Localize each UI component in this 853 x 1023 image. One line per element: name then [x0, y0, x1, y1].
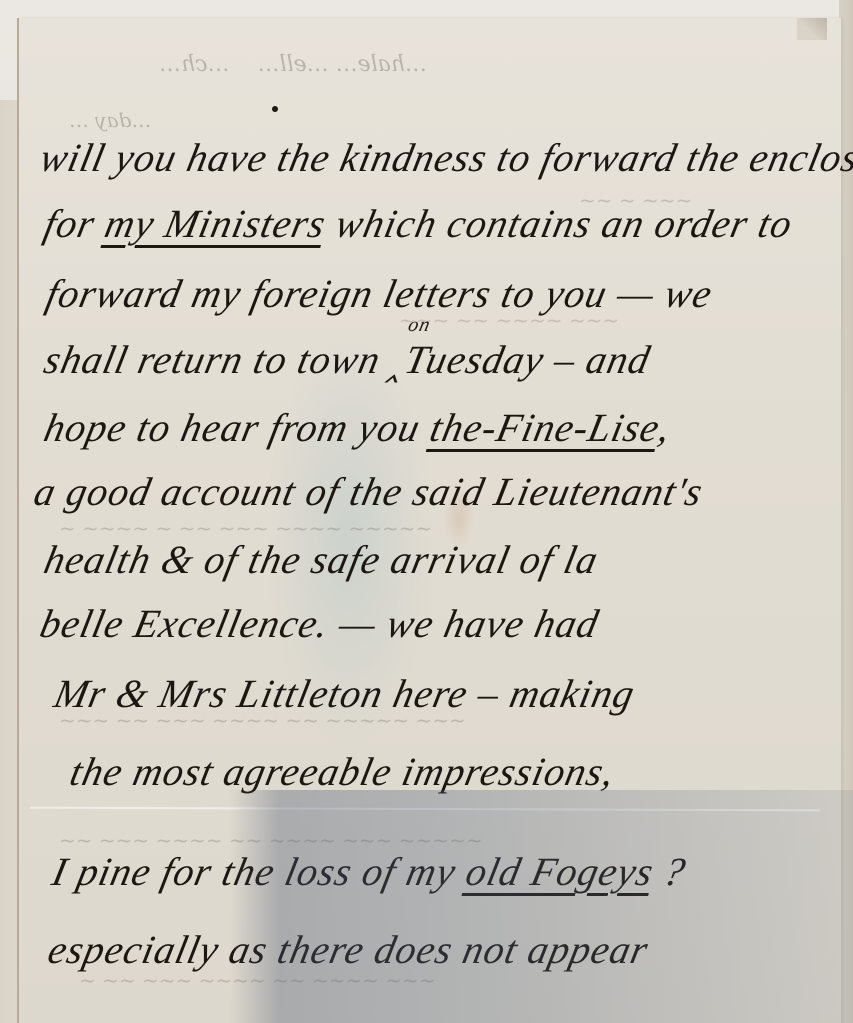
ink-dot [272, 106, 278, 112]
show-through-second: …day … [69, 108, 151, 132]
letter-line-3: forward my foreign letters to you — we [42, 270, 717, 317]
letter-line-10: the most agreeable impressions, [66, 748, 620, 795]
letter-line-7: health & of the safe arrival of la [40, 536, 603, 583]
letter-line-11: I pine for the loss of my old Fogeys ? [48, 848, 690, 895]
underlined-phrase: my Ministers [101, 201, 330, 246]
letter-line-1: will you have the kindness to forward th… [36, 134, 853, 181]
letter-line-2: for my Ministers which contains an order… [40, 200, 797, 247]
show-through-header: …hale… …ell… …ch… [159, 52, 427, 77]
letter-line-6: a good account of the said Lieutenant's [30, 468, 707, 515]
letter-line-12: especially as there does not appear [44, 926, 653, 973]
underlined-phrase: old Fogeys [462, 849, 658, 894]
letter-line-8: belle Excellence. — we have had [36, 600, 603, 647]
letter-line-9: Mr & Mrs Littleton here – making [50, 670, 639, 717]
letter-line-5: hope to hear from you the-Fine-Lise, [40, 404, 676, 451]
corner-fold [797, 18, 827, 40]
letter-line-4: shall return to town ‸onTuesday – and [40, 336, 655, 383]
underlined-phrase: the-Fine-Lise [426, 405, 664, 450]
